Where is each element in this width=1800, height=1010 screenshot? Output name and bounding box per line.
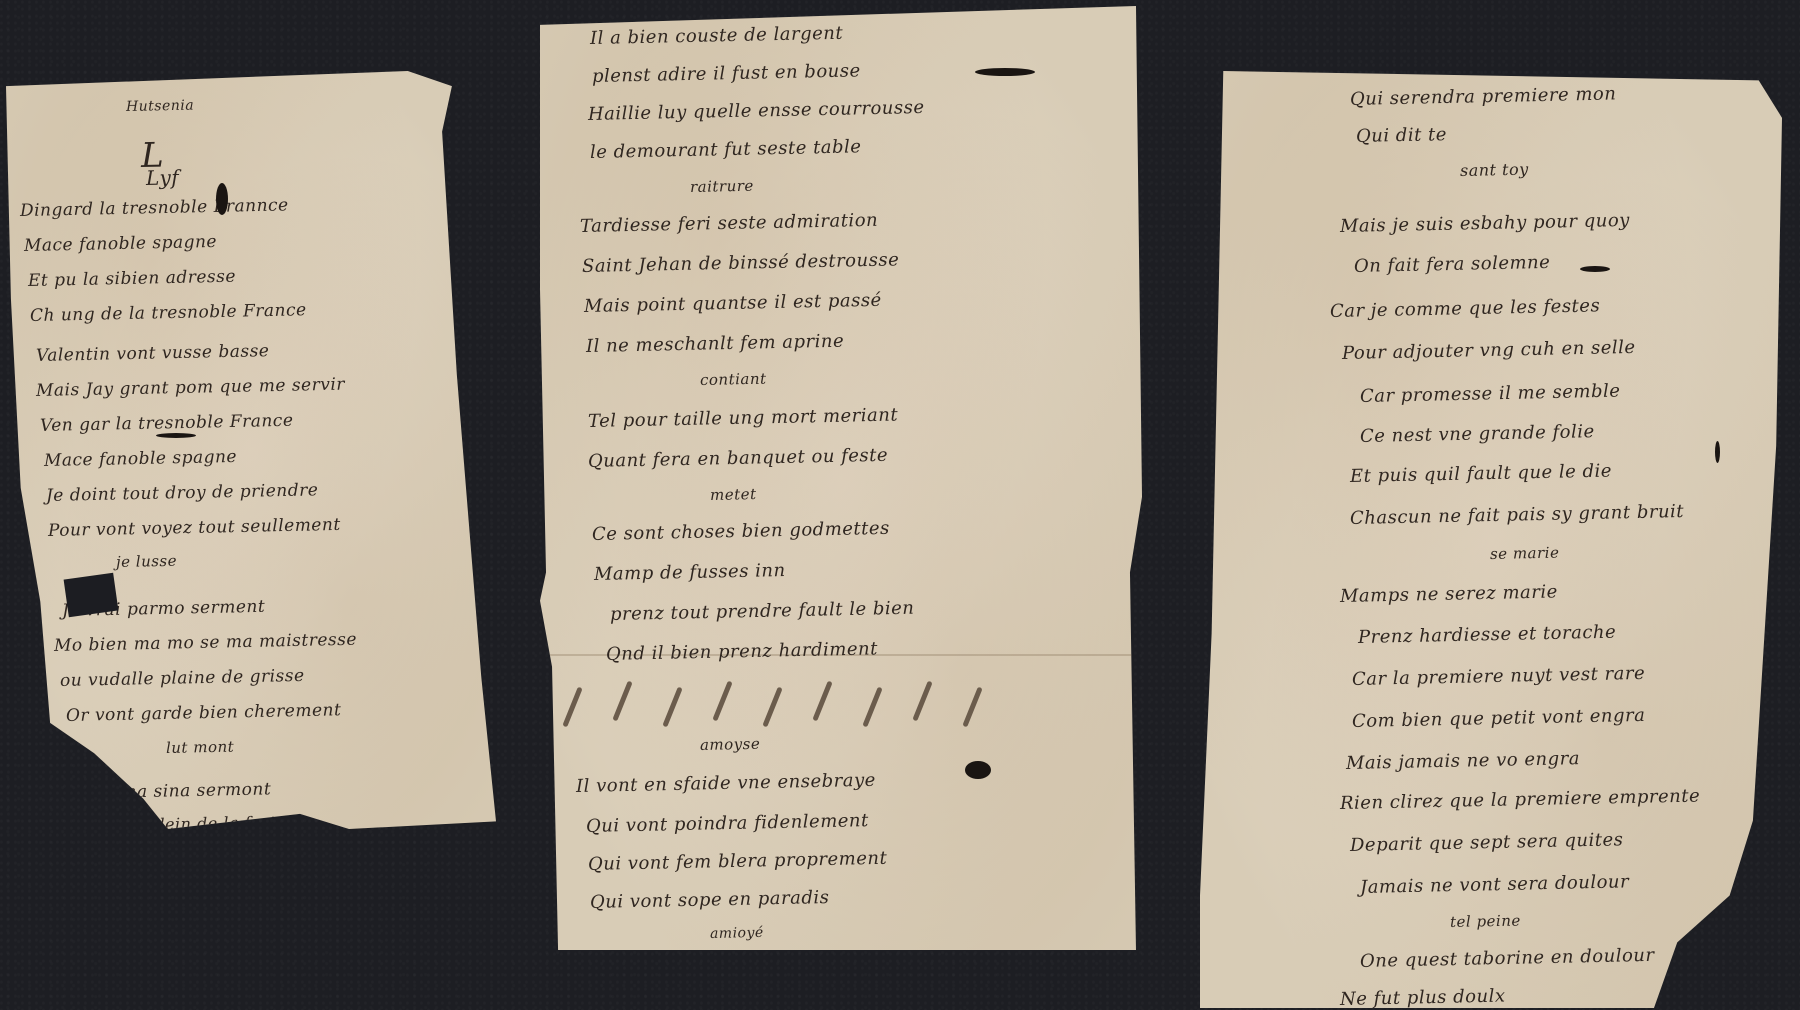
manuscript-line: One quest taborine en doulour <box>1360 945 1655 972</box>
manuscript-line: se marie <box>1490 544 1560 563</box>
manuscript-line: amoyse <box>700 735 761 754</box>
manuscript-line: Ch ung de la tresnoble France <box>30 300 307 326</box>
manuscript-line: Qui vont poindra fidenlement <box>586 810 869 837</box>
manuscript-line: Mais jamais ne vo engra <box>1346 748 1580 774</box>
manuscript-line: Il vont en sfaide vne ensebraye <box>576 770 876 797</box>
ink-blot <box>156 433 196 438</box>
ink-blot <box>1580 266 1610 272</box>
manuscript-line: Ven gar la tresnoble France <box>40 411 294 436</box>
tally-mark <box>562 687 582 728</box>
manuscript-line: Qui vont fem blera proprement <box>588 848 888 875</box>
manuscript-line: Car je comme que les festes <box>1330 295 1601 322</box>
manuscript-line: Mamps ne serez marie <box>1340 581 1558 607</box>
manuscript-line: Prenz hardiesse et torache <box>1358 622 1617 648</box>
manuscript-line: lut mont <box>166 738 235 757</box>
manuscript-line: Mais Jay grant pom que me servir <box>36 375 345 401</box>
tally-mark <box>862 687 882 728</box>
manuscript-line: Chascun ne fait pais sy grant bruit <box>1350 501 1684 529</box>
ink-blot <box>975 68 1035 76</box>
tally-mark <box>662 687 682 728</box>
manuscript-line: Saint Jehan de binssé destrousse <box>582 249 900 277</box>
manuscript-line: Il a bien couste de largent <box>590 23 844 49</box>
manuscript-line: On fait fera solemne <box>1354 252 1551 277</box>
manuscript-line: Qnd il bien prenz hardiment <box>606 638 878 665</box>
tally-mark <box>812 681 832 722</box>
manuscript-fragment-left: HutseniaLLyfDingard la tresnoble Frannce… <box>6 71 496 829</box>
manuscript-line: Or vont garde bien cherement <box>66 700 342 726</box>
tally-mark <box>612 681 632 722</box>
manuscript-line: Ce nest vne grande folie <box>1360 421 1595 447</box>
tally-mark <box>962 687 982 728</box>
manuscript-line: Pour vont voyez tout seullement <box>48 515 341 541</box>
ink-blot <box>1715 441 1720 463</box>
manuscript-line: Deparit que sept sera quites <box>1350 829 1624 856</box>
manuscript-line: plenst adire il fust en bouse <box>592 60 861 87</box>
manuscript-line: Ne fut plus doulx <box>1340 986 1506 1010</box>
manuscript-line: Mais point quantse il est passé <box>584 290 882 317</box>
manuscript-line: Mais je suis esbahy pour quoy <box>1340 210 1630 237</box>
manuscript-line: Valentin vont vusse basse <box>36 341 270 366</box>
manuscript-line: Ce sont choses bien godmettes <box>592 518 890 545</box>
manuscript-line: Mo bien ma mo se ma maistresse <box>54 630 357 656</box>
tally-mark <box>912 681 932 722</box>
tally-mark <box>712 681 732 722</box>
manuscript-line: Et pu la sibien adresse <box>28 267 236 291</box>
manuscript-line: Car la premiere nuyt vest rare <box>1352 663 1646 690</box>
manuscript-line: le demourant fut seste table <box>590 136 862 163</box>
manuscript-line: amioyé <box>710 925 764 942</box>
manuscript-line: Il ne meschanlt fem aprine <box>586 331 845 357</box>
ink-blot <box>965 761 991 779</box>
manuscript-line: Quant fera en banquet ou feste <box>588 445 889 472</box>
manuscript-line: raitrure <box>690 177 754 196</box>
manuscript-page-middle: Il a bien couste de largentplenst adire … <box>540 6 1142 950</box>
manuscript-line: Mamp de fusses inn <box>594 560 786 585</box>
manuscript-line: Tel pour taille ung mort meriant <box>588 405 899 432</box>
manuscript-line: Jamais ne vont sera doulour <box>1360 871 1630 898</box>
manuscript-line: Dingard la tresnoble Frannce <box>20 195 289 221</box>
manuscript-line: Haillie luy quelle ensse courrousse <box>588 97 925 125</box>
ink-blot <box>216 183 228 215</box>
manuscript-line: prenz tout prendre fault le bien <box>610 598 915 625</box>
manuscript-line: Lyf <box>146 165 180 190</box>
manuscript-line: Et puis quil fault que le die <box>1350 461 1612 487</box>
manuscript-line: Mace fanoble spagne <box>24 232 217 256</box>
manuscript-line: Rien clirez que la premiere emprente <box>1340 785 1701 814</box>
manuscript-line: Qui dit te <box>1356 124 1447 147</box>
manuscript-line: Pour adjouter vng cuh en selle <box>1342 337 1636 364</box>
manuscript-line: je lusse <box>116 552 177 571</box>
manuscript-line: Qui vont sope en paradis <box>590 887 830 913</box>
manuscript-line: Qui serendra premiere mon <box>1350 83 1617 110</box>
manuscript-page-right: Qui serendra premiere monQui dit tesant … <box>1200 71 1782 1008</box>
manuscript-line: Mace fanoble spagne <box>44 447 237 471</box>
tally-mark <box>762 687 782 728</box>
manuscript-line: Tardiesse feri seste admiration <box>580 210 879 237</box>
manuscript-line: tel peine <box>1450 912 1521 931</box>
parchment-hole <box>64 573 119 618</box>
manuscript-line: contiant <box>700 370 767 389</box>
manuscript-line: metet <box>710 485 757 504</box>
manuscript-line: sant toy <box>1460 160 1529 180</box>
manuscript-line: Com bien que petit vont engra <box>1352 705 1646 732</box>
manuscript-line: Hutsenia <box>126 98 194 115</box>
manuscript-line: Je doint tout droy de priendre <box>46 480 319 506</box>
manuscript-line: Car promesse il me semble <box>1360 381 1621 407</box>
manuscript-line: ou vudalle plaine de grisse <box>60 666 305 691</box>
